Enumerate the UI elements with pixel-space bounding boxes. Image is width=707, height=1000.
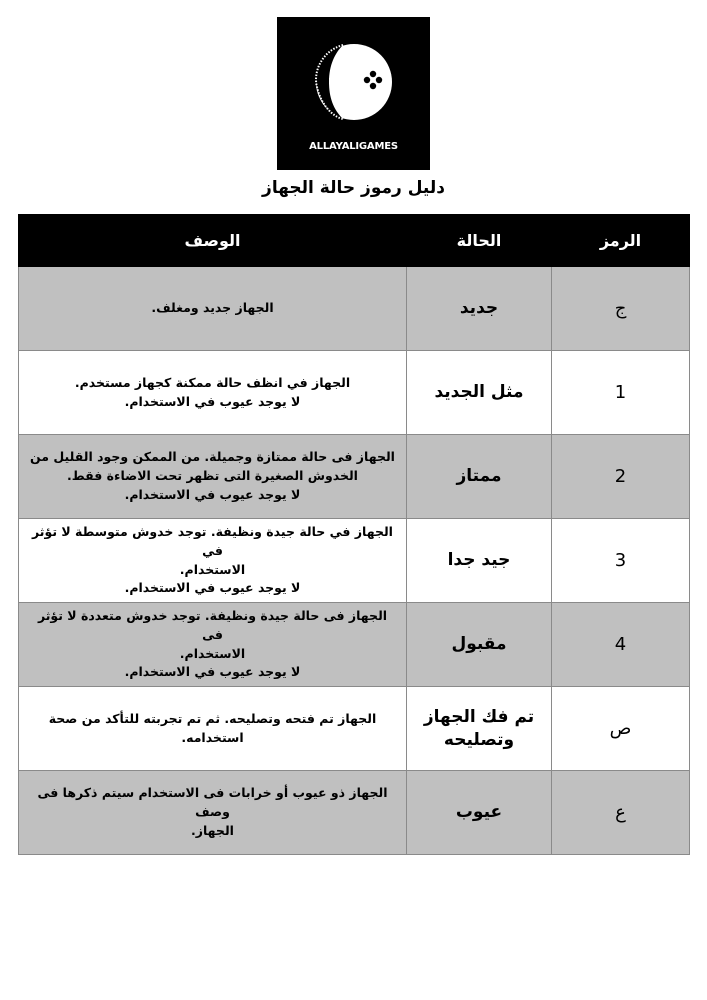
table-row: 4 مقبول الجهاز فى حالة جيدة ونظيفة. توجد… [19,603,690,687]
description-line: الجهاز في حالة جيدة ونظيفة. توجد خدوش مت… [27,523,398,561]
code-cell: 1 [552,351,690,435]
condition-codes-table: الرمز الحالة الوصف ج جديد الجهاز جديد وم… [18,214,690,855]
condition-line: تم فك الجهاز [415,706,543,729]
condition-line: وتصليحه [415,729,543,752]
table-row: ج جديد الجهاز جديد ومغلف. [19,267,690,351]
code-cell: 4 [552,603,690,687]
description-line: لا يوجد عيوب في الاستخدام. [27,393,398,412]
description-cell: الجهاز فى حالة جيدة ونظيفة. توجد خدوش مت… [19,603,407,687]
description-line: الاستخدام. [27,561,398,580]
description-cell: الجهاز فى حالة ممتازة وجميلة. من الممكن … [19,435,407,519]
description-line: الخدوش الصغيرة التى تظهر تحت الاضاءة فقط… [27,467,398,486]
description-line: الجهاز. [27,822,398,841]
table-row: 2 ممتاز الجهاز فى حالة ممتازة وجميلة. من… [19,435,690,519]
brand-name: ALLAYALIGAMES [277,141,430,152]
condition-cell: ممتاز [407,435,552,519]
description-cell: الجهاز ذو عيوب أو خرابات فى الاستخدام سي… [19,771,407,855]
description-cell: الجهاز في حالة جيدة ونظيفة. توجد خدوش مت… [19,519,407,603]
code-cell: 3 [552,519,690,603]
header-condition: الحالة [407,215,552,267]
description-cell: الجهاز جديد ومغلف. [19,267,407,351]
description-line: لا يوجد عيوب في الاستخدام. [27,486,398,505]
description-line: الاستخدام. [27,645,398,664]
header-description: الوصف [19,215,407,267]
description-line: لا يوجد عيوب في الاستخدام. [27,663,398,682]
page-title: دليل رموز حالة الجهاز [0,178,707,198]
code-cell: ص [552,687,690,771]
description-line: استخدامه. [27,729,398,748]
condition-cell: مثل الجديد [407,351,552,435]
description-line: الجهاز جديد ومغلف. [27,299,398,318]
description-line: الجهاز في انظف حالة ممكنة كجهاز مستخدم. [27,374,398,393]
description-line: الجهاز فى حالة جيدة ونظيفة. توجد خدوش مت… [27,607,398,645]
description-cell: الجهاز في انظف حالة ممكنة كجهاز مستخدم. … [19,351,407,435]
table-row: 1 مثل الجديد الجهاز في انظف حالة ممكنة ك… [19,351,690,435]
description-line: لا يوجد عيوب في الاستخدام. [27,579,398,598]
description-line: الجهاز ذو عيوب أو خرابات فى الاستخدام سي… [27,784,398,822]
brand-logo: ALLAYALIGAMES [277,17,430,170]
code-cell: ج [552,267,690,351]
header-code: الرمز [552,215,690,267]
table-row: ص تم فك الجهاز وتصليحه الجهاز تم فتحه وت… [19,687,690,771]
description-line: الجهاز فى حالة ممتازة وجميلة. من الممكن … [27,448,398,467]
table-header-row: الرمز الحالة الوصف [19,215,690,267]
condition-cell: مقبول [407,603,552,687]
condition-cell: عيوب [407,771,552,855]
table-row: ع عيوب الجهاز ذو عيوب أو خرابات فى الاست… [19,771,690,855]
condition-cell: جيد جدا [407,519,552,603]
description-cell: الجهاز تم فتحه وتصليحه. ثم تم تجربته للت… [19,687,407,771]
code-cell: ع [552,771,690,855]
condition-cell: تم فك الجهاز وتصليحه [407,687,552,771]
table-row: 3 جيد جدا الجهاز في حالة جيدة ونظيفة. تو… [19,519,690,603]
code-cell: 2 [552,435,690,519]
condition-cell: جديد [407,267,552,351]
description-line: الجهاز تم فتحه وتصليحه. ثم تم تجربته للت… [27,710,398,729]
